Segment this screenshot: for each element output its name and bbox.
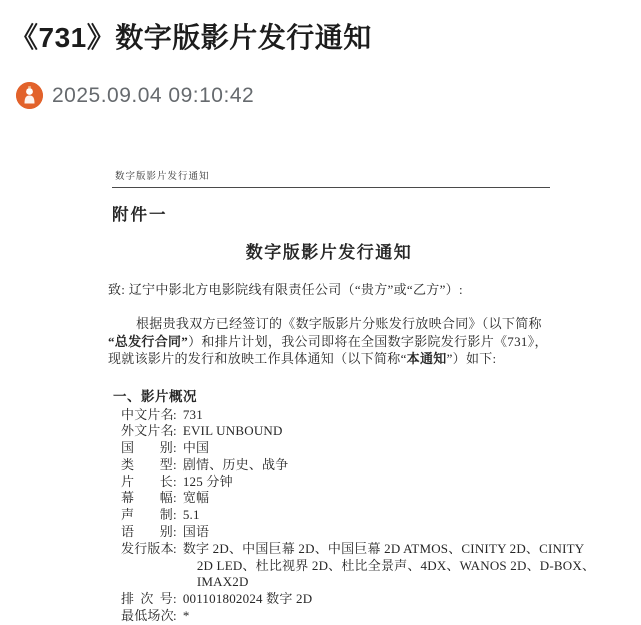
paragraph-line: 根据贵我双方已经签订的《数字版影片分账发行放映合同》（以下简称 [108,315,550,333]
paragraph-line: 现就该影片的发行和放映工作具体通知（以下简称“本通知”）如下: [108,350,550,368]
section-heading: 一、影片概况 [113,388,550,405]
field-value: EVIL UNBOUND [183,423,283,440]
field-label: 排次号 [121,591,173,604]
field-row: 声制:5.1 [108,507,550,524]
field-row: 排次号:001101802024 数字 2D [108,591,550,604]
doc-title: 数字版影片发行通知 [108,238,550,263]
field-value: 731 [183,407,203,424]
field-row: 发行版本:数字 2D、中国巨幕 2D、中国巨幕 2D ATMOS、CINITY … [108,541,550,591]
doc-page-header: 数字版影片发行通知 [112,165,550,188]
field-row: 幕幅:宽幅 [108,490,550,507]
field-label: 类型 [121,457,173,474]
attachment-label: 附件一 [112,201,550,225]
publisher-logo-icon [16,82,43,109]
page-title: 《731》数字版影片发行通知 [10,16,372,56]
field-value: 001101802024 数字 2D [183,591,313,604]
field-label: 国别 [121,440,173,457]
field-row: 类型:剧情、历史、战争 [108,457,550,474]
field-row: 片长:125 分钟 [108,474,550,491]
field-row: 国别:中国 [108,440,550,457]
salutation-line: 致: 辽宁中影北方电影院线有限责任公司（“贵方”或“乙方”）: [108,281,550,298]
field-row: 中文片名:731 [108,407,550,424]
field-label: 片长 [121,474,173,491]
field-row: 外文片名:EVIL UNBOUND [108,423,550,440]
field-value: 宽幅 [183,490,209,507]
intro-paragraph: 根据贵我双方已经签订的《数字版影片分账发行放映合同》（以下简称 “总发行合同”）… [108,315,550,368]
field-label: 中文片名 [121,407,173,424]
paragraph-line: “总发行合同”）和排片计划，我公司即将在全国数字影院发行影片《731》， [108,333,550,351]
field-label: 外文片名 [121,423,173,440]
field-label: 发行版本 [121,541,173,558]
field-value: 5.1 [183,507,200,524]
field-value: 剧情、历史、战争 [183,457,289,474]
field-value: 国语 [183,524,209,541]
publish-timestamp: 2025.09.04 09:10:42 [52,84,254,108]
field-label: 声制 [121,507,173,524]
field-row: 语别:国语 [108,524,550,541]
document-image: 数字版影片发行通知 附件一 数字版影片发行通知 致: 辽宁中影北方电影院线有限责… [108,165,550,604]
field-label: 幕幅 [121,490,173,507]
film-info-list: 中文片名:731 外文片名:EVIL UNBOUND 国别:中国 类型:剧情、历… [108,407,550,605]
field-value: 中国 [183,440,209,457]
field-value: 数字 2D、中国巨幕 2D、中国巨幕 2D ATMOS、CINITY 2D、CI… [183,541,595,591]
field-label: 语别 [121,524,173,541]
field-value: 125 分钟 [183,474,233,491]
publish-meta: 2025.09.04 09:10:42 [16,82,254,109]
